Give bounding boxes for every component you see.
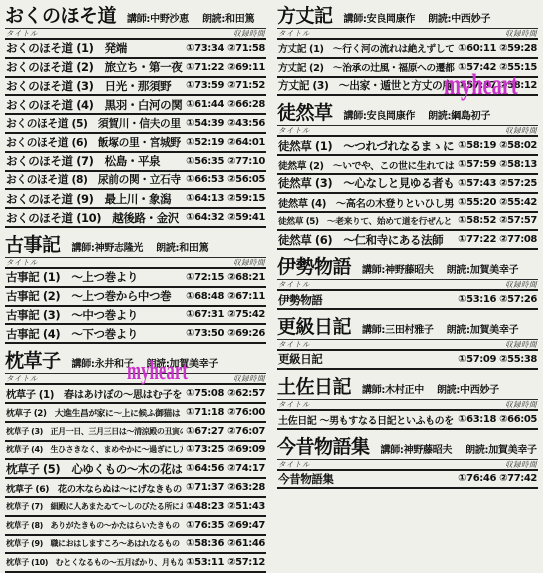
column-header-time: 収録時間 bbox=[233, 373, 265, 384]
row-title: 方丈記 (1) ～行く河の流れは絶えずして bbox=[277, 41, 455, 55]
table-row: 方丈記 (3) ～出家・遁世と方丈の庵 ①57:37 ②58:12 bbox=[277, 78, 538, 97]
section-header: おくのほそ道 講師:中野沙恵朗読:和田篤 bbox=[5, 5, 266, 28]
reader-name: 加賀美幸子 bbox=[470, 265, 519, 276]
row-title: 古事記 (1) ～上つ巻より bbox=[5, 269, 183, 285]
table-row: 枕草子 (5) 心ゆくもの～木の花は ①64:56 ②74:17 bbox=[5, 460, 266, 479]
catalog-section: 方丈記 講師:安良岡康作朗読:中西妙子 タイトル 収録時間 方丈記 (1) ～行… bbox=[277, 5, 538, 96]
table-body: 古事記 (1) ～上つ巻より ①72:15 ②68:21 古事記 (2) ～上つ… bbox=[5, 269, 266, 344]
table-row: 枕草子 (7) 細殿に人あまたゐて～しのびたる所にありては ①48:23 ②51… bbox=[5, 498, 266, 517]
lecturer-label: 講師: bbox=[72, 243, 95, 254]
row-time: ①73:59 ②71:52 bbox=[186, 80, 266, 91]
reader-name: 和田篤 bbox=[179, 243, 208, 254]
lecturer-name: 神野志隆光 bbox=[95, 243, 144, 254]
lecturer-label: 講師: bbox=[362, 385, 385, 396]
row-title: 徒然草 (5) ～老来りて、始めて道を行ぜんと bbox=[277, 214, 455, 227]
table-row: おくのほそ道 (4) 黒羽・白河の関 ①61:44 ②66:28 bbox=[5, 96, 266, 115]
catalog-section: 古事記 講師:神野志隆光朗読:和田篤 タイトル 収録時間 古事記 (1) ～上つ… bbox=[5, 234, 266, 344]
table-row: 枕草子 (9) 職におはしますころ～あはれなるもの ①58:36 ②61:46 bbox=[5, 536, 266, 555]
row-title: 徒然草 (2) ～いでや、この世に生れては bbox=[277, 158, 455, 172]
reader-label: 朗読: bbox=[146, 359, 169, 370]
section-credits: 講師:木村正中朗読:中西妙子 bbox=[362, 381, 499, 396]
table-row: 古事記 (1) ～上つ巻より ①72:15 ②68:21 bbox=[5, 269, 266, 288]
row-title: 古事記 (2) ～上つ巻から中つ巻 bbox=[5, 288, 183, 304]
lecturer-name: 木村正中 bbox=[385, 385, 424, 396]
catalog-column: 方丈記 講師:安良岡康作朗読:中西妙子 タイトル 収録時間 方丈記 (1) ～行… bbox=[277, 5, 538, 573]
row-time: ①57:37 ②58:12 bbox=[458, 80, 538, 91]
table-row: 枕草子 (6) 花の木ならぬは～にげなきもの ①71:37 ②63:28 bbox=[5, 479, 266, 498]
lecturer-label: 講師: bbox=[362, 325, 385, 336]
column-header-time: 収録時間 bbox=[505, 399, 537, 410]
row-time: ①58:36 ②61:46 bbox=[186, 538, 266, 549]
table-header-row: タイトル 収録時間 bbox=[277, 125, 538, 137]
row-time: ①58:52 ②57:57 bbox=[458, 215, 538, 226]
row-title: 枕草子 (6) 花の木ならぬは～にげなきもの bbox=[5, 481, 183, 495]
table-body: 土佐日記 ～男もすなる日記といふものを ①63:18 ②66:05 bbox=[277, 411, 538, 430]
row-title: おくのほそ道 (1) 発端 bbox=[5, 40, 183, 56]
table-row: 徒然草 (3) ～心なしと見ゆる者も ①57:43 ②57:25 bbox=[277, 175, 538, 194]
row-time: ①77:22 ②77:08 bbox=[458, 234, 538, 245]
table-row: 土佐日記 ～男もすなる日記といふものを ①63:18 ②66:05 bbox=[277, 411, 538, 430]
table-row: 枕草子 (10) むとくなるもの～五月ばかり、月もなういと暗きに ①53:11 … bbox=[5, 554, 266, 573]
row-time: ①73:50 ②69:26 bbox=[186, 328, 266, 339]
column-header-time: 収録時間 bbox=[505, 459, 537, 470]
table-row: おくのほそ道 (5) 須賀川・信夫の里 ①54:39 ②43:56 bbox=[5, 115, 266, 134]
row-time: ①57:59 ②58:13 bbox=[458, 159, 538, 170]
row-title: 枕草子 (9) 職におはしますころ～あはれなるもの bbox=[5, 538, 183, 549]
row-time: ①54:39 ②43:56 bbox=[186, 118, 266, 129]
table-body: 更級日記 ①57:09 ②55:38 bbox=[277, 351, 538, 370]
row-title: 徒然草 (3) ～心なしと見ゆる者も bbox=[277, 175, 455, 191]
lecturer-label: 講師: bbox=[344, 111, 367, 122]
section-title: 徒然草 bbox=[277, 102, 333, 125]
row-title: 枕草子 (7) 細殿に人あまたゐて～しのびたる所にありては bbox=[5, 501, 183, 512]
table-header-row: タイトル 収録時間 bbox=[5, 28, 266, 40]
section-title: 伊勢物語 bbox=[277, 256, 351, 279]
column-header-title: タイトル bbox=[278, 279, 310, 290]
section-header: 土佐日記 講師:木村正中朗読:中西妙子 bbox=[277, 376, 538, 399]
row-time: ①60:11 ②59:28 bbox=[458, 43, 538, 54]
reader-name: 中西妙子 bbox=[451, 14, 490, 25]
row-time: ①73:34 ②71:58 bbox=[186, 43, 266, 54]
table-row: おくのほそ道 (8) 尿前の関・立石寺 ①66:53 ②56:05 bbox=[5, 172, 266, 191]
reader-label: 朗読: bbox=[156, 243, 179, 254]
column-header-title: タイトル bbox=[278, 399, 310, 410]
reader-label: 朗読: bbox=[428, 14, 451, 25]
row-time: ①57:42 ②55:15 bbox=[458, 62, 538, 73]
section-title: おくのほそ道 bbox=[5, 5, 116, 28]
row-title: 更級日記 bbox=[277, 351, 455, 367]
row-title: 伊勢物語 bbox=[277, 292, 455, 308]
section-title: 土佐日記 bbox=[277, 376, 351, 399]
row-title: 土佐日記 ～男もすなる日記といふものを bbox=[277, 412, 455, 427]
row-time: ①67:27 ②76:07 bbox=[186, 426, 266, 437]
section-title: 更級日記 bbox=[277, 316, 351, 339]
row-time: ①55:20 ②55:42 bbox=[458, 197, 538, 208]
row-time: ①75:08 ②62:57 bbox=[186, 388, 266, 399]
table-header-row: タイトル 収録時間 bbox=[277, 279, 538, 291]
lecturer-name: 三田村雅子 bbox=[385, 325, 434, 336]
table-row: 徒然草 (2) ～いでや、この世に生れては ①57:59 ②58:13 bbox=[277, 156, 538, 175]
table-row: おくのほそ道 (9) 最上川・象潟 ①64:13 ②59:15 bbox=[5, 190, 266, 209]
table-row: 古事記 (3) ～中つ巻より ①67:31 ②75:42 bbox=[5, 307, 266, 326]
section-title: 枕草子 bbox=[5, 350, 61, 373]
table-row: 枕草子 (4) 生ひさきなく、まめやかに～過ぎにし方恋しきもの ①73:25 ②… bbox=[5, 442, 266, 461]
reader-name: 加賀美幸子 bbox=[470, 325, 519, 336]
table-row: 更級日記 ①57:09 ②55:38 bbox=[277, 351, 538, 370]
column-header-time: 収録時間 bbox=[505, 28, 537, 39]
table-header-row: タイトル 収録時間 bbox=[5, 373, 266, 385]
table-row: 徒然草 (4) ～高名の木登りといひし男 ①55:20 ②55:42 bbox=[277, 194, 538, 213]
lecturer-name: 永井和子 bbox=[95, 359, 134, 370]
lecturer-name: 安良岡康作 bbox=[367, 111, 416, 122]
row-title: 枕草子 (4) 生ひさきなく、まめやかに～過ぎにし方恋しきもの bbox=[5, 444, 183, 455]
lecturer-name: 中野沙恵 bbox=[150, 14, 189, 25]
row-time: ①71:37 ②63:28 bbox=[186, 482, 266, 493]
table-row: おくのほそ道 (6) 飯塚の里・宮城野 ①52:19 ②64:01 bbox=[5, 134, 266, 153]
row-title: おくのほそ道 (6) 飯塚の里・宮城野 bbox=[5, 135, 183, 150]
catalog-section: 今昔物語集 講師:神野藤昭夫朗読:加賀美幸子 タイトル 収録時間 今昔物語集 ①… bbox=[277, 436, 538, 490]
table-body: 今昔物語集 ①76:46 ②77:42 bbox=[277, 471, 538, 490]
section-title: 古事記 bbox=[5, 234, 61, 257]
row-time: ①64:32 ②59:41 bbox=[186, 212, 266, 223]
row-time: ①48:23 ②51:43 bbox=[186, 501, 266, 512]
table-row: おくのほそ道 (7) 松島・平泉 ①56:35 ②77:10 bbox=[5, 153, 266, 172]
table-row: 徒然草 (1) ～つれづれなるまゝに ①58:19 ②58:02 bbox=[277, 137, 538, 156]
row-title: 徒然草 (4) ～高名の木登りといひし男 bbox=[277, 195, 455, 210]
column-header-time: 収録時間 bbox=[505, 125, 537, 136]
catalog-columns: おくのほそ道 講師:中野沙恵朗読:和田篤 タイトル 収録時間 おくのほそ道 (1… bbox=[0, 0, 543, 573]
catalog-column: おくのほそ道 講師:中野沙恵朗読:和田篤 タイトル 収録時間 おくのほそ道 (1… bbox=[5, 5, 266, 573]
column-header-title: タイトル bbox=[278, 28, 310, 39]
table-row: おくのほそ道 (3) 日光・那須野 ①73:59 ②71:52 bbox=[5, 78, 266, 97]
table-body: 枕草子 (1) 春はあけぼの～思はむ子を ①75:08 ②62:57 枕草子 (… bbox=[5, 385, 266, 573]
section-header: 伊勢物語 講師:神野藤昭夫朗読:加賀美幸子 bbox=[277, 256, 538, 279]
table-row: 古事記 (2) ～上つ巻から中つ巻 ①68:48 ②67:11 bbox=[5, 288, 266, 307]
column-header-time: 収録時間 bbox=[233, 28, 265, 39]
catalog-page: { "labels": { "title_col": "タイトル", "time… bbox=[0, 0, 543, 573]
row-time: ①64:13 ②59:15 bbox=[186, 193, 266, 204]
section-title: 今昔物語集 bbox=[277, 436, 370, 459]
row-title: おくのほそ道 (5) 須賀川・信夫の里 bbox=[5, 116, 183, 131]
lecturer-label: 講師: bbox=[344, 14, 367, 25]
catalog-section: 土佐日記 講師:木村正中朗読:中西妙子 タイトル 収録時間 土佐日記 ～男もすな… bbox=[277, 376, 538, 430]
table-row: 方丈記 (1) ～行く河の流れは絶えずして ①60:11 ②59:28 bbox=[277, 40, 538, 59]
table-row: おくのほそ道 (10) 越後路・金沢 ①64:32 ②59:41 bbox=[5, 209, 266, 228]
row-title: 枕草子 (8) ありがたきもの～かたはらいたきもの bbox=[5, 520, 183, 531]
section-credits: 講師:神野藤昭夫朗読:加賀美幸子 bbox=[381, 441, 537, 456]
reader-name: 中西妙子 bbox=[460, 385, 499, 396]
row-title: 方丈記 (3) ～出家・遁世と方丈の庵 bbox=[277, 78, 455, 93]
section-credits: 講師:三田村雅子朗読:加賀美幸子 bbox=[362, 321, 518, 336]
section-header: 徒然草 講師:安良岡康作朗読:綱島初子 bbox=[277, 102, 538, 125]
lecturer-name: 神野藤昭夫 bbox=[404, 445, 453, 456]
row-title: 枕草子 (3) 正月一日、三月三日は～清涼殿の丑寅の隅の bbox=[5, 426, 183, 437]
table-row: おくのほそ道 (1) 発端 ①73:34 ②71:58 bbox=[5, 40, 266, 59]
catalog-section: 伊勢物語 講師:神野藤昭夫朗読:加賀美幸子 タイトル 収録時間 伊勢物語 ①53… bbox=[277, 256, 538, 310]
section-header: 古事記 講師:神野志隆光朗読:和田篤 bbox=[5, 234, 266, 257]
catalog-section: おくのほそ道 講師:中野沙恵朗読:和田篤 タイトル 収録時間 おくのほそ道 (1… bbox=[5, 5, 266, 228]
row-time: ①53:16 ②57:26 bbox=[458, 294, 538, 305]
table-row: 徒然草 (6) ～仁和寺にある法師 ①77:22 ②77:08 bbox=[277, 231, 538, 250]
reader-label: 朗読: bbox=[465, 445, 488, 456]
section-header: 枕草子 講師:永井和子朗読:加賀美幸子 bbox=[5, 350, 266, 373]
table-header-row: タイトル 収録時間 bbox=[277, 28, 538, 40]
row-title: 今昔物語集 bbox=[277, 471, 455, 487]
column-header-title: タイトル bbox=[6, 28, 38, 39]
section-header: 方丈記 講師:安良岡康作朗読:中西妙子 bbox=[277, 5, 538, 28]
table-row: 古事記 (4) ～下つ巻より ①73:50 ②69:26 bbox=[5, 325, 266, 344]
row-time: ①76:46 ②77:42 bbox=[458, 473, 538, 484]
section-header: 今昔物語集 講師:神野藤昭夫朗読:加賀美幸子 bbox=[277, 436, 538, 459]
column-header-time: 収録時間 bbox=[233, 257, 265, 268]
table-body: 伊勢物語 ①53:16 ②57:26 bbox=[277, 291, 538, 310]
row-title: おくのほそ道 (3) 日光・那須野 bbox=[5, 78, 183, 94]
table-row: 方丈記 (2) ～治承の辻風・福原への遷都 ①57:42 ②55:15 bbox=[277, 59, 538, 78]
row-title: 古事記 (3) ～中つ巻より bbox=[5, 307, 183, 323]
table-header-row: タイトル 収録時間 bbox=[277, 459, 538, 471]
reader-label: 朗読: bbox=[437, 385, 460, 396]
section-header: 更級日記 講師:三田村雅子朗読:加賀美幸子 bbox=[277, 316, 538, 339]
row-time: ①63:18 ②66:05 bbox=[458, 414, 538, 425]
reader-label: 朗読: bbox=[447, 325, 470, 336]
lecturer-name: 安良岡康作 bbox=[367, 14, 416, 25]
table-row: 枕草子 (8) ありがたきもの～かたはらいたきもの ①76:35 ②69:47 bbox=[5, 517, 266, 536]
row-time: ①56:35 ②77:10 bbox=[186, 156, 266, 167]
row-title: おくのほそ道 (2) 旅立ち・第一夜 bbox=[5, 59, 183, 75]
section-credits: 講師:安良岡康作朗読:中西妙子 bbox=[344, 10, 491, 25]
row-title: 枕草子 (5) 心ゆくもの～木の花は bbox=[5, 461, 183, 477]
lecturer-label: 講師: bbox=[362, 265, 385, 276]
reader-label: 朗読: bbox=[428, 111, 451, 122]
section-credits: 講師:安良岡康作朗読:綱島初子 bbox=[344, 107, 491, 122]
row-time: ①67:31 ②75:42 bbox=[186, 309, 266, 320]
reader-label: 朗読: bbox=[447, 265, 470, 276]
reader-label: 朗読: bbox=[202, 14, 225, 25]
row-title: おくのほそ道 (8) 尿前の関・立石寺 bbox=[5, 172, 183, 187]
column-header-title: タイトル bbox=[278, 125, 310, 136]
row-time: ①76:35 ②69:47 bbox=[186, 520, 266, 531]
table-body: 徒然草 (1) ～つれづれなるまゝに ①58:19 ②58:02 徒然草 (2)… bbox=[277, 137, 538, 250]
reader-name: 加賀美幸子 bbox=[170, 359, 219, 370]
column-header-title: タイトル bbox=[278, 339, 310, 350]
column-header-title: タイトル bbox=[6, 373, 38, 384]
column-header-time: 収録時間 bbox=[505, 339, 537, 350]
table-body: おくのほそ道 (1) 発端 ①73:34 ②71:58 おくのほそ道 (2) 旅… bbox=[5, 40, 266, 228]
table-header-row: タイトル 収録時間 bbox=[277, 339, 538, 351]
column-header-time: 収録時間 bbox=[505, 279, 537, 290]
row-title: おくのほそ道 (10) 越後路・金沢 bbox=[5, 210, 183, 226]
section-credits: 講師:神野志隆光朗読:和田篤 bbox=[72, 239, 209, 254]
table-row: 伊勢物語 ①53:16 ②57:26 bbox=[277, 291, 538, 310]
row-time: ①71:22 ②69:11 bbox=[186, 62, 266, 73]
catalog-section: 更級日記 講師:三田村雅子朗読:加賀美幸子 タイトル 収録時間 更級日記 ①57… bbox=[277, 316, 538, 370]
row-title: 徒然草 (6) ～仁和寺にある法師 bbox=[277, 232, 455, 248]
row-time: ①71:18 ②76:00 bbox=[186, 407, 266, 418]
row-title: おくのほそ道 (9) 最上川・象潟 bbox=[5, 191, 183, 207]
row-title: おくのほそ道 (4) 黒羽・白河の関 bbox=[5, 97, 183, 113]
lecturer-name: 神野藤昭夫 bbox=[385, 265, 434, 276]
catalog-section: 徒然草 講師:安良岡康作朗読:綱島初子 タイトル 収録時間 徒然草 (1) ～つ… bbox=[277, 102, 538, 250]
lecturer-label: 講師: bbox=[127, 14, 150, 25]
reader-name: 綱島初子 bbox=[451, 111, 490, 122]
lecturer-label: 講師: bbox=[72, 359, 95, 370]
catalog-section: 枕草子 講師:永井和子朗読:加賀美幸子 タイトル 収録時間 枕草子 (1) 春は… bbox=[5, 350, 266, 573]
row-time: ①61:44 ②66:28 bbox=[186, 99, 266, 110]
section-title: 方丈記 bbox=[277, 5, 333, 28]
reader-name: 和田篤 bbox=[225, 14, 254, 25]
row-time: ①58:19 ②58:02 bbox=[458, 140, 538, 151]
row-time: ①64:56 ②74:17 bbox=[186, 463, 266, 474]
row-time: ①57:09 ②55:38 bbox=[458, 354, 538, 365]
row-time: ①66:53 ②56:05 bbox=[186, 174, 266, 185]
table-row: 徒然草 (5) ～老来りて、始めて道を行ぜんと ①58:52 ②57:57 bbox=[277, 213, 538, 232]
section-credits: 講師:永井和子朗読:加賀美幸子 bbox=[72, 355, 219, 370]
table-row: 枕草子 (3) 正月一日、三月三日は～清涼殿の丑寅の隅の ①67:27 ②76:… bbox=[5, 423, 266, 442]
table-row: 枕草子 (2) 大進生昌が家に～上に候ふ御猫は ①71:18 ②76:00 bbox=[5, 404, 266, 423]
row-time: ①52:19 ②64:01 bbox=[186, 137, 266, 148]
table-body: 方丈記 (1) ～行く河の流れは絶えずして ①60:11 ②59:28 方丈記 … bbox=[277, 40, 538, 96]
table-row: おくのほそ道 (2) 旅立ち・第一夜 ①71:22 ②69:11 bbox=[5, 59, 266, 78]
column-header-title: タイトル bbox=[278, 459, 310, 470]
reader-name: 加賀美幸子 bbox=[488, 445, 537, 456]
row-time: ①68:48 ②67:11 bbox=[186, 291, 266, 302]
section-credits: 講師:中野沙恵朗読:和田篤 bbox=[127, 10, 254, 25]
row-time: ①72:15 ②68:21 bbox=[186, 272, 266, 283]
row-title: 枕草子 (10) むとくなるもの～五月ばかり、月もなういと暗きに bbox=[5, 557, 183, 568]
lecturer-label: 講師: bbox=[381, 445, 404, 456]
row-time: ①53:11 ②57:12 bbox=[186, 557, 266, 568]
row-title: おくのほそ道 (7) 松島・平泉 bbox=[5, 153, 183, 169]
row-title: 枕草子 (1) 春はあけぼの～思はむ子を bbox=[5, 386, 183, 401]
row-time: ①57:43 ②57:25 bbox=[458, 178, 538, 189]
table-header-row: タイトル 収録時間 bbox=[277, 399, 538, 411]
row-time: ①73:25 ②69:09 bbox=[186, 444, 266, 455]
row-title: 古事記 (4) ～下つ巻より bbox=[5, 326, 183, 342]
row-title: 方丈記 (2) ～治承の辻風・福原への遷都 bbox=[277, 60, 455, 74]
section-credits: 講師:神野藤昭夫朗読:加賀美幸子 bbox=[362, 261, 518, 276]
row-title: 徒然草 (1) ～つれづれなるまゝに bbox=[277, 138, 455, 154]
table-row: 枕草子 (1) 春はあけぼの～思はむ子を ①75:08 ②62:57 bbox=[5, 385, 266, 404]
row-title: 枕草子 (2) 大進生昌が家に～上に候ふ御猫は bbox=[5, 406, 183, 419]
table-row: 今昔物語集 ①76:46 ②77:42 bbox=[277, 471, 538, 490]
table-header-row: タイトル 収録時間 bbox=[5, 257, 266, 269]
column-header-title: タイトル bbox=[6, 257, 38, 268]
